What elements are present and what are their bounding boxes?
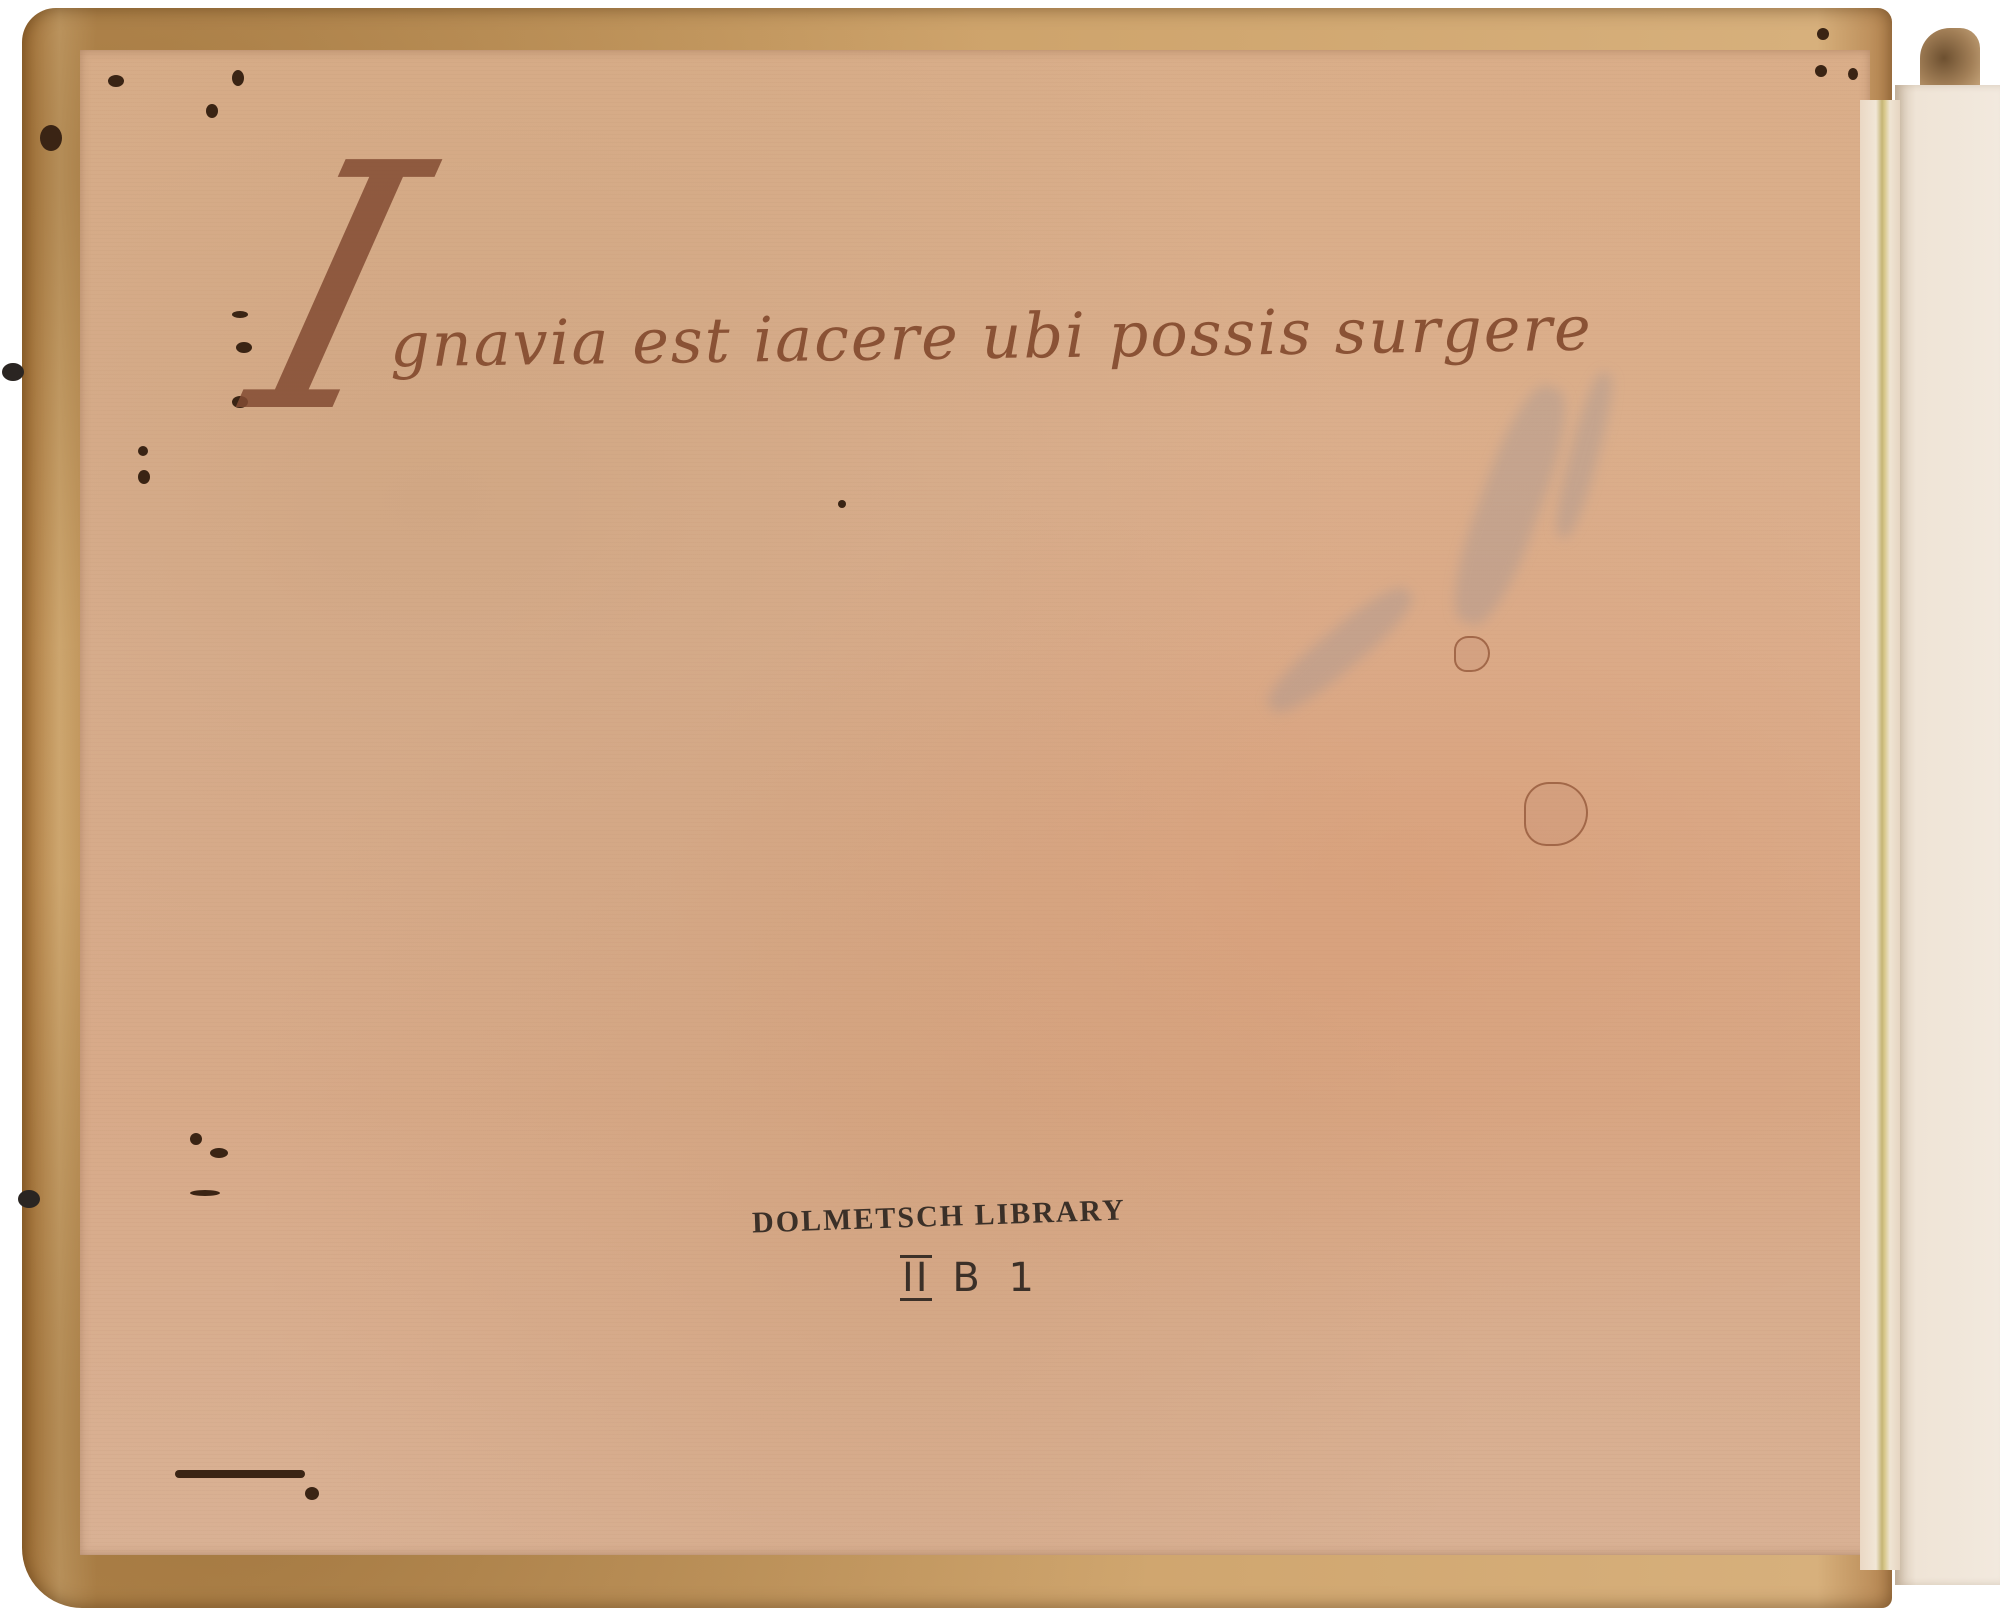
wormhole: [1817, 28, 1829, 40]
book-hinge: [1860, 100, 1900, 1570]
wormhole: [138, 446, 148, 456]
wormhole: [1848, 68, 1858, 80]
wormhole: [206, 104, 218, 118]
flyleaf-page: [1895, 85, 2000, 1585]
shelfmark-roman: II: [900, 1255, 932, 1301]
wormhole: [190, 1133, 202, 1145]
clasp-pin-bottom: [18, 1190, 40, 1208]
spine-headcap: [1920, 28, 1980, 88]
wormhole: [232, 70, 244, 86]
wormhole: [236, 342, 252, 353]
wormhole: [138, 470, 150, 484]
wormhole: [210, 1148, 228, 1158]
wormhole: [40, 125, 62, 151]
wormhole: [838, 500, 846, 508]
clasp-pin-top: [2, 363, 24, 381]
wormhole: [190, 1190, 220, 1196]
wormhole: [1815, 65, 1827, 77]
wormhole: [232, 311, 248, 318]
shelfmark: II B 1: [900, 1255, 1042, 1301]
wormhole: [305, 1487, 319, 1500]
wormhole: [175, 1470, 305, 1478]
shelfmark-rest: B 1: [952, 1255, 1042, 1301]
wormhole: [108, 75, 124, 87]
book-photograph: I gnavia est iacere ubi possis surgere D…: [0, 0, 2000, 1618]
